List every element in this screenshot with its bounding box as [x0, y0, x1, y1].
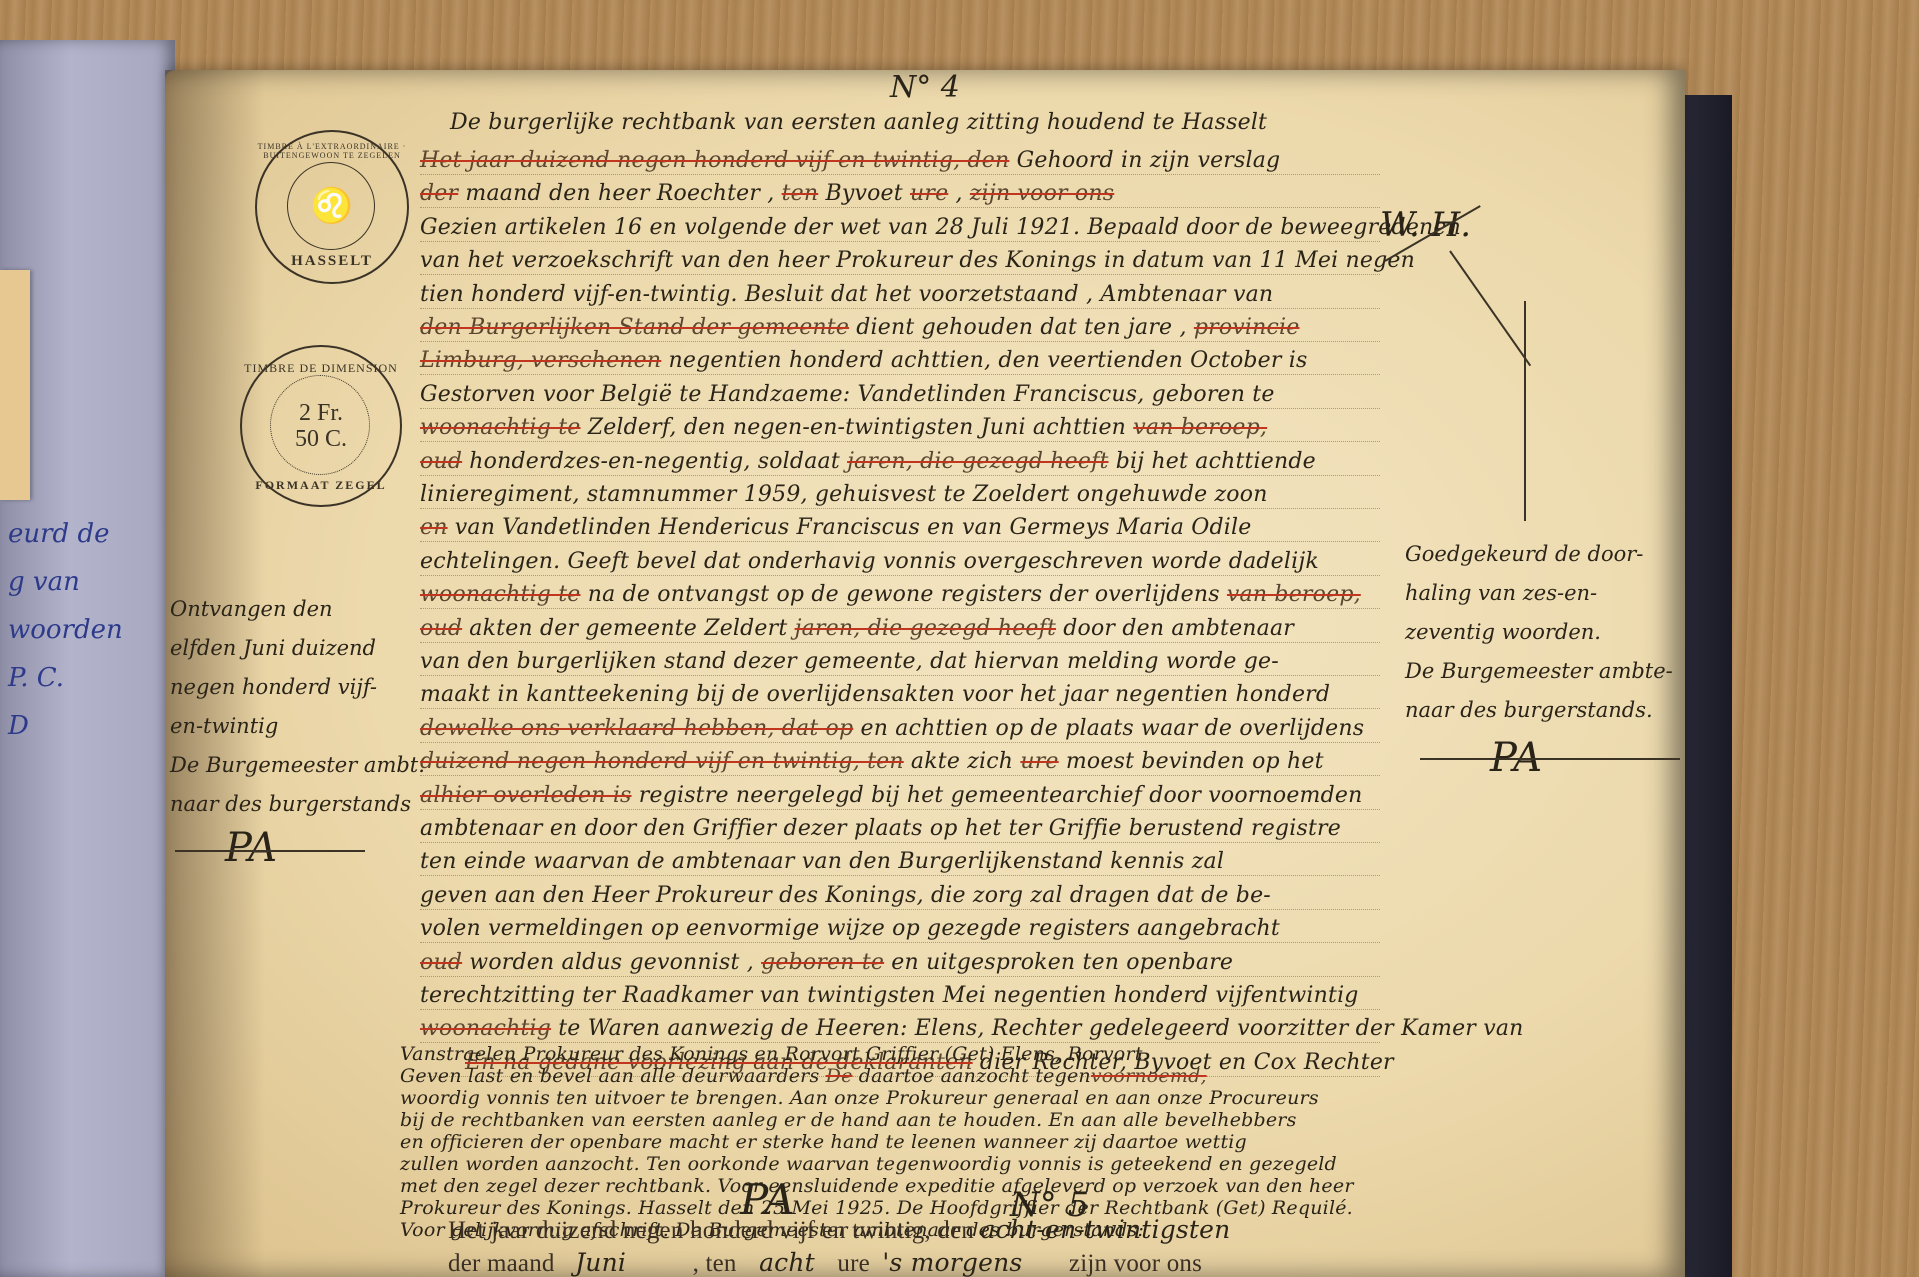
dimension-stamp-bottom-text: FORMAAT ZEGEL — [242, 478, 400, 493]
dimension-stamp: TIMBRE DE DIMENSION 2 Fr. 50 C. FORMAAT … — [240, 345, 402, 507]
handwritten-text: geven aan den Heer Prokureur des Konings… — [420, 883, 1271, 908]
handwritten-text: worden aldus gevonnist , — [462, 950, 761, 975]
handwritten-text: honderdzes-en-negentig, soldaat — [462, 449, 847, 474]
ruled-line — [420, 1009, 1380, 1011]
ruled-line — [420, 942, 1380, 944]
ruled-line — [420, 775, 1380, 777]
text-line: Het jaar duizend negen honderd vijf en t… — [420, 148, 1280, 173]
ruled-line — [420, 875, 1380, 877]
ruled-line — [420, 441, 1380, 443]
vertical-pen-stroke — [1524, 301, 1526, 521]
ruled-line — [420, 274, 1380, 276]
handwritten-text: en achttien op de plaats waar de overlij… — [853, 716, 1364, 741]
struck-text: Limburg, verschenen — [420, 348, 661, 373]
inserted-paper-slip — [0, 270, 30, 500]
handwritten-text: zullen worden aanzocht. Ten oorkonde waa… — [400, 1153, 1337, 1175]
struck-text: ure — [1020, 749, 1058, 774]
next-entry-line-1: Het jaar duizend negen honderd vijf en t… — [448, 1215, 1230, 1245]
handwritten-text: akten der gemeente Zeldert — [462, 616, 795, 641]
filled-hour: acht — [743, 1248, 831, 1277]
handwritten-text: met den zegel dezer rechtbank. Voor eens… — [400, 1175, 1354, 1197]
struck-text: van beroep, — [1227, 582, 1361, 607]
handwritten-text: van het verzoekschrift van den heer Prok… — [420, 248, 1415, 273]
text-line: Limburg, verschenen negentien honderd ac… — [420, 348, 1308, 373]
struck-text: woonachtig te — [420, 415, 581, 440]
text-line: volen vermeldingen op eenvormige wijze o… — [420, 916, 1280, 941]
handwritten-text: Vanstraelen Prokureur des Konings en Ror… — [400, 1043, 1149, 1065]
printed-text: zijn voor ons — [1069, 1250, 1202, 1277]
struck-text: dewelke ons verklaard hebben, dat op — [420, 716, 853, 741]
handwritten-text: daartoe aanzocht tegen — [853, 1065, 1091, 1087]
text-line: woonachtig te na de ontvangst op de gewo… — [420, 582, 1361, 607]
text-line: geven aan den Heer Prokureur des Konings… — [420, 883, 1271, 908]
ruled-line — [420, 374, 1380, 376]
handwritten-text: Zelderf, den negen-en-twintigsten Juni a… — [581, 415, 1134, 440]
handwritten-text: maand den heer Roechter , — [458, 181, 781, 206]
struck-text: alhier overleden is — [420, 783, 632, 808]
signature-flourish — [1420, 758, 1680, 760]
ruled-line — [420, 308, 1380, 310]
handwritten-text: door den ambtenaar — [1056, 616, 1294, 641]
handwritten-text: moest bevinden op het — [1059, 749, 1324, 774]
text-line: duizend negen honderd vijf en twintig, t… — [420, 749, 1324, 774]
left-facing-page: eurd de g van woorden P. C. D — [0, 40, 175, 1277]
left-margin-signature: PA — [225, 825, 277, 871]
left-page-handwriting: eurd de g van woorden P. C. D — [8, 510, 168, 750]
right-margin-note: Goedgekeurd de door- haling van zes-en- … — [1405, 535, 1673, 730]
handwritten-text: linieregiment, stamnummer 1959, gehuisve… — [420, 482, 1268, 507]
signature-flourish — [175, 850, 365, 852]
ruled-line — [420, 675, 1380, 677]
left-margin-note: Ontvangen den elfden Juni duizend negen … — [170, 590, 425, 824]
printed-text: Het jaar duizend negen honderd vijf en t… — [448, 1217, 974, 1244]
ruled-line — [420, 241, 1380, 243]
text-line: ten einde waarvan de ambtenaar van den B… — [420, 849, 1224, 874]
filled-day: acht-en-twintigsten — [980, 1215, 1230, 1244]
struck-text: woonachtig — [420, 1016, 551, 1041]
ruled-line — [420, 642, 1380, 644]
text-line: alhier overleden is registre neergelegd … — [420, 783, 1363, 808]
printed-text: der maand — [448, 1250, 555, 1277]
handwritten-text: Gestorven voor België te Handzaeme: Vand… — [420, 382, 1275, 407]
handwritten-text: van Vandetlinden Hendericus Franciscus e… — [448, 515, 1252, 540]
struck-text: jaren, die gezegd heeft — [795, 616, 1056, 641]
text-line: ambtenaar en door den Griffier dezer pla… — [420, 816, 1341, 841]
hasselt-stamp-top-text: TIMBRE À L'EXTRAORDINAIRE · BUITENGEWOON… — [257, 142, 407, 160]
text-line: van den burgerlijken stand dezer gemeent… — [420, 649, 1279, 674]
entry-number-top: N° 4 — [890, 70, 960, 105]
struck-text: van beroep, — [1133, 415, 1267, 440]
handwritten-text: volen vermeldingen op eenvormige wijze o… — [420, 916, 1280, 941]
text-line: Geven last en bevel aan alle deurwaarder… — [400, 1065, 1207, 1087]
stamp-value-francs: 2 Fr. — [242, 400, 400, 426]
handwritten-text: terechtzitting ter Raadkamer van twintig… — [420, 983, 1359, 1008]
filled-month: Juni — [561, 1248, 686, 1277]
text-line: van het verzoekschrift van den heer Prok… — [420, 248, 1415, 273]
ruled-line — [420, 341, 1380, 343]
ruled-line — [420, 976, 1380, 978]
handwritten-text: bij de rechtbanken van eersten aanleg er… — [400, 1109, 1297, 1131]
text-line: Vanstraelen Prokureur des Konings en Ror… — [400, 1043, 1149, 1065]
text-line: maakt in kantteekening bij de overlijden… — [420, 682, 1330, 707]
handwritten-text: Gehoord in zijn verslag — [1009, 148, 1280, 173]
handwritten-text: ambtenaar en door den Griffier dezer pla… — [420, 816, 1341, 841]
struck-text: oud — [420, 616, 462, 641]
text-line: en van Vandetlinden Hendericus Franciscu… — [420, 515, 1252, 540]
filled-time: 's morgens — [876, 1248, 1062, 1277]
struck-text: oud — [420, 950, 462, 975]
text-line: zullen worden aanzocht. Ten oorkonde waa… — [400, 1153, 1337, 1175]
struck-text: den Burgerlijken Stand der gemeente — [420, 315, 849, 340]
ruled-line — [420, 541, 1380, 543]
text-line: tien honderd vijf-en-twintig. Besluit da… — [420, 282, 1273, 307]
next-entry-line-2: der maand Juni , ten acht ure 's morgens… — [448, 1248, 1202, 1277]
struck-text: der — [420, 181, 458, 206]
struck-text: provincie — [1194, 315, 1300, 340]
handwritten-text: en officieren der openbare macht er ster… — [400, 1131, 1247, 1153]
printed-text: , ten — [693, 1250, 737, 1277]
court-header-line: De burgerlijke rechtbank van eersten aan… — [450, 110, 1267, 135]
ruled-line — [420, 575, 1380, 577]
handwritten-text: registre neergelegd bij het gemeentearch… — [632, 783, 1363, 808]
text-line: Gezien artikelen 16 en volgende der wet … — [420, 215, 1461, 240]
handwritten-text: en uitgesproken ten openbare — [884, 950, 1233, 975]
handwritten-text: akte zich — [904, 749, 1021, 774]
handwritten-text: Geven last en bevel aan alle deurwaarder… — [400, 1065, 826, 1087]
handwritten-text: te Waren aanwezig de Heeren: Elens, Rech… — [551, 1016, 1523, 1041]
handwritten-text: negentien honderd achttien, den veertien… — [661, 348, 1307, 373]
lion-crest-icon: ♌ — [257, 194, 407, 220]
handwritten-text: tien honderd vijf-en-twintig. Besluit da… — [420, 282, 1273, 307]
ruled-line — [420, 742, 1380, 744]
ruled-line — [420, 207, 1380, 209]
text-line: dewelke ons verklaard hebben, dat op en … — [420, 716, 1364, 741]
struck-text: zijn voor ons — [970, 181, 1114, 206]
ruled-line — [420, 508, 1380, 510]
handwritten-text: Gezien artikelen 16 en volgende der wet … — [420, 215, 1461, 240]
struck-text: oud — [420, 449, 462, 474]
struck-text: duizend negen honderd vijf en twintig, t… — [420, 749, 904, 774]
text-line: den Burgerlijken Stand der gemeente dien… — [420, 315, 1300, 340]
initials-top-right: W. H. — [1380, 205, 1471, 245]
handwritten-text: Byvoet — [818, 181, 910, 206]
stamp-value: 2 Fr. 50 C. — [242, 400, 400, 452]
handwritten-text: ten einde waarvan de ambtenaar van den B… — [420, 849, 1224, 874]
ruled-line — [420, 408, 1380, 410]
ruled-line — [420, 608, 1380, 610]
struck-text: jaren, die gezegd heeft — [847, 449, 1108, 474]
text-line: echtelingen. Geeft bevel dat onderhavig … — [420, 549, 1319, 574]
struck-text: woonachtig te — [420, 582, 581, 607]
ruled-line — [420, 475, 1380, 477]
handwritten-text: maakt in kantteekening bij de overlijden… — [420, 682, 1330, 707]
struck-text: geboren te — [761, 950, 884, 975]
text-line: en officieren der openbare macht er ster… — [400, 1131, 1247, 1153]
ruled-line — [420, 809, 1380, 811]
ruled-line — [420, 909, 1380, 911]
struck-text: en — [420, 515, 448, 540]
printed-text: ure — [837, 1250, 870, 1277]
struck-text: De — [826, 1065, 853, 1087]
text-line: terechtzitting ter Raadkamer van twintig… — [420, 983, 1359, 1008]
text-line: oud worden aldus gevonnist , geboren te … — [420, 950, 1233, 975]
struck-text: voornoemd, — [1091, 1065, 1207, 1087]
text-line: Gestorven voor België te Handzaeme: Vand… — [420, 382, 1275, 407]
handwritten-text: dient gehouden dat ten jare , — [849, 315, 1194, 340]
stamp-value-centimes: 50 C. — [242, 426, 400, 452]
struck-text: Het jaar duizend negen honderd vijf en t… — [420, 148, 1009, 173]
ruled-line — [420, 174, 1380, 176]
handwritten-text: na de ontvangst op de gewone registers d… — [581, 582, 1227, 607]
handwritten-text: , — [948, 181, 970, 206]
struck-text: ten — [782, 181, 819, 206]
hasselt-stamp: TIMBRE À L'EXTRAORDINAIRE · BUITENGEWOON… — [255, 130, 409, 284]
handwritten-text: bij het achttiende — [1109, 449, 1316, 474]
text-line: woonachtig te Waren aanwezig de Heeren: … — [420, 1016, 1524, 1041]
text-line: bij de rechtbanken van eersten aanleg er… — [400, 1109, 1297, 1131]
text-line: der maand den heer Roechter , ten Byvoet… — [420, 181, 1114, 206]
hasselt-stamp-bottom-text: HASSELT — [257, 253, 407, 270]
text-line: woordig vonnis ten uitvoer te brengen. A… — [400, 1087, 1319, 1109]
ruled-line — [420, 708, 1380, 710]
text-line: linieregiment, stamnummer 1959, gehuisve… — [420, 482, 1268, 507]
ruled-line — [420, 842, 1380, 844]
handwritten-text: van den burgerlijken stand dezer gemeent… — [420, 649, 1279, 674]
text-line: met den zegel dezer rechtbank. Voor eens… — [400, 1175, 1354, 1197]
text-line: oud honderdzes-en-negentig, soldaat jare… — [420, 449, 1316, 474]
handwritten-text: woordig vonnis ten uitvoer te brengen. A… — [400, 1087, 1319, 1109]
handwritten-text: echtelingen. Geeft bevel dat onderhavig … — [420, 549, 1319, 574]
text-line: woonachtig te Zelderf, den negen-en-twin… — [420, 415, 1267, 440]
struck-text: ure — [910, 181, 948, 206]
text-line: oud akten der gemeente Zeldert jaren, di… — [420, 616, 1294, 641]
dimension-stamp-top-text: TIMBRE DE DIMENSION — [242, 361, 400, 376]
